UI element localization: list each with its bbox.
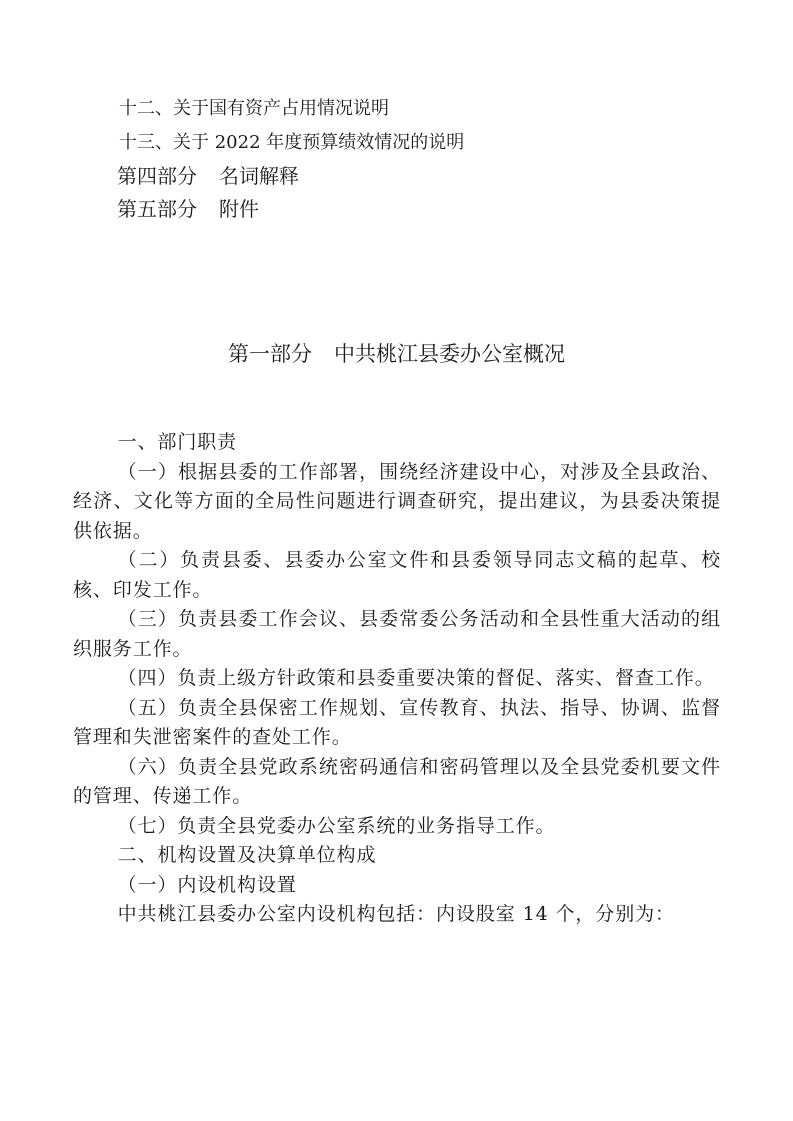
section-part-number: 第一部分 (228, 342, 312, 366)
body-text: 一、部门职责 （一）根据县委的工作部署，围绕经济建设中心，对涉及全县政治、经济、… (73, 428, 721, 930)
toc-part-5-title: 附件 (219, 197, 259, 221)
duty-paragraph-4: （四）负责上级方针政策和县委重要决策的督促、落实、督查工作。 (73, 664, 721, 694)
duty-paragraph-6: （六）负责全县党政系统密码通信和密码管理以及全县党委机要文件的管理、传递工作。 (73, 753, 721, 812)
document-page: 十二、关于国有资产占用情况说明 十三、关于 2022 年度预算绩效情况的说明 第… (0, 0, 793, 1121)
toc-part-4-title: 名词解释 (219, 164, 299, 188)
toc-part-4-number: 第四部分 (117, 164, 197, 188)
toc-part-5: 第五部分附件 (117, 196, 259, 222)
heading-organization: 二、机构设置及决算单位构成 (73, 841, 721, 871)
internal-units-paragraph: 中共桃江县委办公室内设机构包括：内设股室 14 个，分别为： (73, 900, 721, 930)
toc-part-5-number: 第五部分 (117, 197, 197, 221)
toc-part-4: 第四部分名词解释 (117, 163, 299, 189)
duty-paragraph-3: （三）负责县委工作会议、县委常委公务活动和全县性重大活动的组织服务工作。 (73, 605, 721, 664)
duty-paragraph-5: （五）负责全县保密工作规划、宣传教育、执法、指导、协调、监督管理和失泄密案件的查… (73, 694, 721, 753)
duty-paragraph-7: （七）负责全县党委办公室系统的业务指导工作。 (73, 812, 721, 842)
section-heading: 第一部分中共桃江县委办公室概况 (0, 340, 793, 368)
toc-item-13: 十三、关于 2022 年度预算绩效情况的说明 (119, 131, 464, 155)
subheading-internal-units: （一）内设机构设置 (73, 871, 721, 901)
toc-item-12: 十二、关于国有资产占用情况说明 (119, 97, 389, 121)
section-title: 中共桃江县委办公室概况 (334, 342, 565, 366)
duty-paragraph-2: （二）负责县委、县委办公室文件和县委领导同志文稿的起草、校核、印发工作。 (73, 546, 721, 605)
duty-paragraph-1: （一）根据县委的工作部署，围绕经济建设中心，对涉及全县政治、经济、文化等方面的全… (73, 458, 721, 547)
heading-department-duties: 一、部门职责 (73, 428, 721, 458)
